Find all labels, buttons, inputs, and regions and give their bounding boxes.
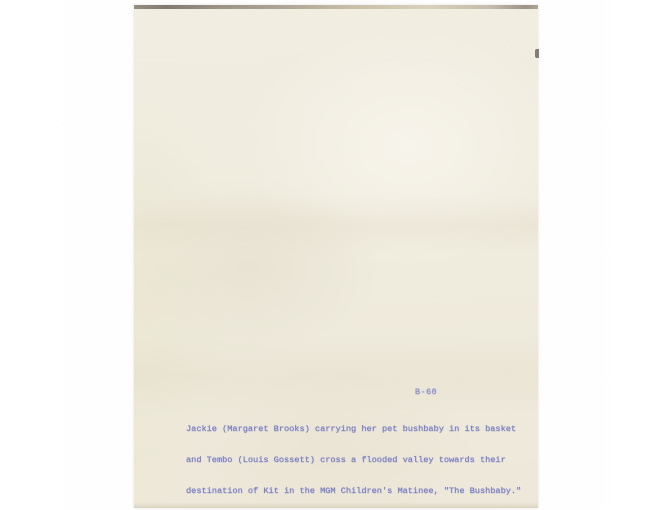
caption-line-1: Jackie (Margaret Brooks) carrying her pe… [186, 424, 521, 434]
paper-bottom-edge [134, 502, 538, 508]
catalog-number: B-60 [415, 387, 437, 397]
paper-edge-nick [535, 49, 539, 58]
photo-paper-back: B-60 Jackie (Margaret Brooks) carrying h… [134, 5, 538, 508]
paper-tonal-band [134, 195, 538, 255]
scanner-background: B-60 Jackie (Margaret Brooks) carrying h… [0, 0, 672, 510]
paper-top-edge-scuff [134, 5, 538, 9]
caption-line-3: destination of Kit in the MGM Children's… [186, 486, 521, 496]
caption-line-2: and Tembo (Louis Gossett) cross a floode… [186, 455, 521, 465]
typewritten-caption: Jackie (Margaret Brooks) carrying her pe… [186, 403, 521, 510]
